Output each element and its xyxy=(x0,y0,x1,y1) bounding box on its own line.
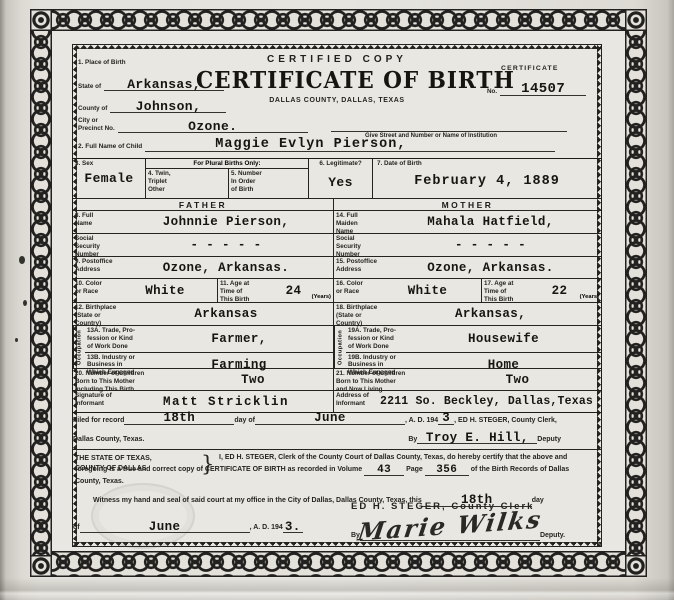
city-line: Ozone. xyxy=(118,119,308,133)
deputy-signature-line: Marie Wilks xyxy=(360,514,540,541)
certification-line-2: foregoing is a true and correct copy of … xyxy=(75,464,599,476)
witness-year-line: 3. xyxy=(283,520,303,534)
father-occupation-group: Occupation 13A. Trade, Pro- fession or K… xyxy=(73,326,333,369)
father-age-label: 11. Age at Time of This Birth xyxy=(218,279,254,302)
certification-line-2-post: of the Birth Records of Dallas xyxy=(471,466,569,473)
child-name-label: 2. Full Name of Child xyxy=(78,143,142,151)
street-line xyxy=(331,131,567,132)
mother-header: MOTHER xyxy=(334,199,601,210)
father-address-label: 9. Postoffice Address xyxy=(73,257,119,278)
father-age-units: (Years) xyxy=(312,294,331,300)
mother-address-label: 15. Postoffice Address xyxy=(334,257,380,278)
day-of-label: day of xyxy=(234,417,255,425)
mother-address-value: Ozone, Arkansas. xyxy=(380,257,601,278)
brace-glyph: } xyxy=(201,452,214,476)
mother-trade-label: 19A. Trade, Pro- fession or Kind of Work… xyxy=(346,326,406,352)
informant-address-row: Address of Informant 2211 So. Beckley, D… xyxy=(334,391,601,412)
father-race-label: 10. Color or Race xyxy=(73,279,113,302)
children-living-value: Two xyxy=(434,369,601,390)
mother-ssn-label: Social Security Number xyxy=(334,234,380,256)
mother-race-cell: 16. Color or Race White xyxy=(334,279,482,302)
mother-trade-value: Housewife xyxy=(406,326,601,352)
father-name-value: Johnnie Pierson, xyxy=(119,211,333,233)
father-trade-value: Farmer, xyxy=(145,326,333,352)
children-born-label: 20. Number of Children Born to This Moth… xyxy=(73,369,173,390)
certificate-number-field: No. 14507 xyxy=(487,81,586,96)
father-header: FATHER xyxy=(73,199,334,210)
father-trade-label: 13A. Trade, Pro- fession or Kind of Work… xyxy=(85,326,145,352)
border-corner xyxy=(625,9,647,31)
informant-signature-label: Signature of Informant xyxy=(73,391,119,412)
county-line: Johnson, xyxy=(110,99,226,113)
state-field: State of Arkansas, xyxy=(78,77,224,91)
county-value: Johnson, xyxy=(136,100,202,113)
children-living-label: 21. Number of Children Born to This Moth… xyxy=(334,369,434,390)
plural-births-cell: For Plural Births Only: 4. Twin, Triplet… xyxy=(146,159,309,198)
mother-birthplace-value: Arkansas, xyxy=(380,303,601,325)
border-bottom-strip xyxy=(30,551,647,577)
filed-by-label: By xyxy=(408,436,417,444)
state-value: Arkansas, xyxy=(127,78,201,91)
state-label: State of xyxy=(78,83,101,91)
children-living-row: 21. Number of Children Born to This Moth… xyxy=(334,369,601,391)
filed-month-value: June xyxy=(314,412,346,425)
dob-value: February 4, 1889 xyxy=(414,174,560,189)
county-field: County of Johnson, xyxy=(78,99,226,113)
filed-month-line: June xyxy=(255,411,405,425)
page-label: Page xyxy=(406,466,423,473)
mother-occupation-group: Occupation 19A. Trade, Pro- fession or K… xyxy=(334,326,601,369)
child-name-value: Maggie Evlyn Pierson, xyxy=(215,138,406,152)
mother-race-age-row: 16. Color or Race White 17. Age at Time … xyxy=(334,279,601,303)
filed-day-value: 18th xyxy=(164,412,196,425)
children-born-value: Two xyxy=(173,369,333,390)
father-race-cell: 10. Color or Race White xyxy=(73,279,218,302)
paper-speck xyxy=(19,256,25,264)
filed-label: Filed for record xyxy=(73,417,124,425)
father-birthplace-value: Arkansas xyxy=(119,303,333,325)
father-race-value: White xyxy=(113,279,217,302)
mother-name-label: 14. Full Maiden Name xyxy=(334,211,380,233)
father-birthplace-row: 12. Birthplace (State or Country) Arkans… xyxy=(73,303,333,326)
volume-line: 43 xyxy=(364,464,404,476)
mother-name-value: Mahala Hatfield, xyxy=(380,211,601,233)
birth-order-label: 5. Number In Order of Birth xyxy=(229,169,308,198)
father-occupation-label: Occupation xyxy=(73,326,85,368)
county-of-dallas-label: COUNTY OF DALLAS xyxy=(75,464,152,474)
informant-address-label: Address of Informant xyxy=(334,391,380,412)
witness-of-label: of xyxy=(73,523,80,533)
border-corner xyxy=(30,9,52,31)
embossed-seal xyxy=(91,483,195,549)
witness-ad-label: , A. D. 194 xyxy=(250,523,283,533)
witness-year-value: 3. xyxy=(285,521,301,534)
no-label: No. xyxy=(487,88,497,96)
father-birthplace-label: 12. Birthplace (State or Country) xyxy=(73,303,119,325)
filed-line-1: Filed for record 18th day of June , A. D… xyxy=(73,411,601,425)
legitimate-cell: 6. Legitimate? Yes xyxy=(309,159,373,198)
informant-signature-row: Signature of Informant Matt Stricklin xyxy=(73,391,333,412)
parent-columns: 8. Full Name Johnnie Pierson, Social Sec… xyxy=(73,211,601,412)
child-name-line: Maggie Evlyn Pierson, xyxy=(145,137,555,152)
place-of-birth-label: 1. Place of Birth xyxy=(78,59,126,67)
border-corner xyxy=(625,555,647,577)
certificate-number-value: 14507 xyxy=(521,82,565,96)
city-label: City or Precinct No. xyxy=(78,117,115,133)
page-line: 356 xyxy=(425,464,469,476)
mother-race-label: 16. Color or Race xyxy=(334,279,374,302)
certificate-no-heading: CERTIFICATE xyxy=(501,65,559,72)
father-column: 8. Full Name Johnnie Pierson, Social Sec… xyxy=(73,211,334,412)
filed-deputy-label: Deputy xyxy=(537,436,561,444)
sex-cell: 3. Sex Female xyxy=(73,159,146,198)
father-address-value: Ozone, Arkansas. xyxy=(119,257,333,278)
mother-trade-row: 19A. Trade, Pro- fession or Kind of Work… xyxy=(346,326,601,353)
border-left-strip xyxy=(30,9,52,577)
state-county-block: THE STATE OF TEXAS, COUNTY OF DALLAS xyxy=(75,454,152,474)
certification-line-1: I, ED H. STEGER, Clerk of the County Cou… xyxy=(219,453,599,463)
mother-occupation-label: Occupation xyxy=(334,326,346,368)
sawtooth-edge xyxy=(73,45,601,49)
certification-block: THE STATE OF TEXAS, COUNTY OF DALLAS } I… xyxy=(73,449,601,487)
filed-county-label: Dallas County, Texas. xyxy=(73,436,144,444)
filed-line-2: Dallas County, Texas. By Troy E. Hill, D… xyxy=(73,431,601,445)
border-top-strip xyxy=(30,9,647,31)
mother-age-label: 17. Age at Time of This Birth xyxy=(482,279,518,302)
father-address-row: 9. Postoffice Address Ozone, Arkansas. xyxy=(73,257,333,279)
paper-speck xyxy=(15,338,18,342)
twin-label: 4. Twin, Triplet Other xyxy=(146,169,229,198)
city-value: Ozone. xyxy=(188,120,237,133)
scanned-birth-certificate: CERTIFIED COPY CERTIFICATE OF BIRTH DALL… xyxy=(0,0,674,600)
mother-address-row: 15. Postoffice Address Ozone, Arkansas. xyxy=(334,257,601,279)
filed-year-line: 3 xyxy=(438,411,454,425)
volume-value: 43 xyxy=(377,465,391,476)
paper-speck xyxy=(23,300,27,306)
father-mother-header: FATHER MOTHER xyxy=(73,198,601,211)
father-ssn-label: Social Security Number xyxy=(73,234,119,256)
certificate-title: CERTIFICATE OF BIRTH xyxy=(196,67,478,94)
county-label: County of xyxy=(78,105,107,113)
informant-signature-value: Matt Stricklin xyxy=(119,391,333,412)
informant-address-value: 2211 So. Beckley, Dallas,Texas xyxy=(380,391,601,412)
certificate-body: CERTIFIED COPY CERTIFICATE OF BIRTH DALL… xyxy=(72,44,602,547)
father-name-label: 8. Full Name xyxy=(73,211,119,233)
legitimate-value: Yes xyxy=(328,175,353,190)
mother-birthplace-row: 18. Birthplace (State or Country) Arkans… xyxy=(334,303,601,326)
mother-age-units: (Years) xyxy=(580,294,599,300)
filed-year-value: 3 xyxy=(442,412,450,425)
state-line: Arkansas, xyxy=(104,77,224,91)
border-corner xyxy=(30,555,52,577)
mother-column: 14. Full Maiden Name Mahala Hatfield, So… xyxy=(334,211,601,412)
plural-births-header: For Plural Births Only: xyxy=(146,159,308,169)
filed-for-record-block: Filed for record 18th day of June , A. D… xyxy=(73,411,601,444)
mother-race-value: White xyxy=(374,279,481,302)
state-of-texas-label: THE STATE OF TEXAS, xyxy=(75,454,152,464)
father-ssn-value: - - - - - xyxy=(119,234,333,256)
sex-legitimacy-row: 3. Sex Female For Plural Births Only: 4.… xyxy=(73,159,601,198)
father-trade-row: 13A. Trade, Pro- fession or Kind of Work… xyxy=(85,326,333,353)
child-name-field: 2. Full Name of Child Maggie Evlyn Piers… xyxy=(78,137,555,152)
certified-copy-heading: CERTIFIED COPY xyxy=(187,54,487,65)
vitals-table: 3. Sex Female For Plural Births Only: 4.… xyxy=(72,158,602,413)
filed-day-line: 18th xyxy=(124,411,234,425)
father-race-age-row: 10. Color or Race White 11. Age at Time … xyxy=(73,279,333,303)
filed-clerk-label: , ED H. STEGER, County Clerk, xyxy=(454,417,557,425)
mother-name-row: 14. Full Maiden Name Mahala Hatfield, xyxy=(334,211,601,234)
certificate-number-line: 14507 xyxy=(500,81,586,96)
children-born-row: 20. Number of Children Born to This Moth… xyxy=(73,369,333,391)
ad-label: , A. D. 194 xyxy=(405,417,438,425)
father-name-row: 8. Full Name Johnnie Pierson, xyxy=(73,211,333,234)
witness-deputy-label: Deputy. xyxy=(540,531,565,541)
filed-deputy-line: Troy E. Hill, xyxy=(417,431,537,445)
mother-birthplace-label: 18. Birthplace (State or Country) xyxy=(334,303,380,325)
date-of-birth-cell: 7. Date of Birth February 4, 1889 xyxy=(373,159,601,198)
father-age-cell: 11. Age at Time of This Birth 24 (Years) xyxy=(218,279,333,302)
city-field: City or Precinct No. Ozone. xyxy=(78,117,308,133)
border-right-strip xyxy=(625,9,647,577)
father-ssn-row: Social Security Number - - - - - xyxy=(73,234,333,257)
page-value: 356 xyxy=(436,465,457,476)
filed-deputy-value: Troy E. Hill, xyxy=(426,432,529,445)
certificate-subtitle: DALLAS COUNTY, DALLAS, TEXAS xyxy=(187,97,487,104)
clerk-signature-block: ED H. STEGER, County Clerk By Marie Wilk… xyxy=(351,501,601,541)
mother-ssn-value: - - - - - xyxy=(380,234,601,256)
mother-age-cell: 17. Age at Time of This Birth 22 (Years) xyxy=(482,279,601,302)
sex-value: Female xyxy=(84,171,133,186)
mother-ssn-row: Social Security Number - - - - - xyxy=(334,234,601,257)
